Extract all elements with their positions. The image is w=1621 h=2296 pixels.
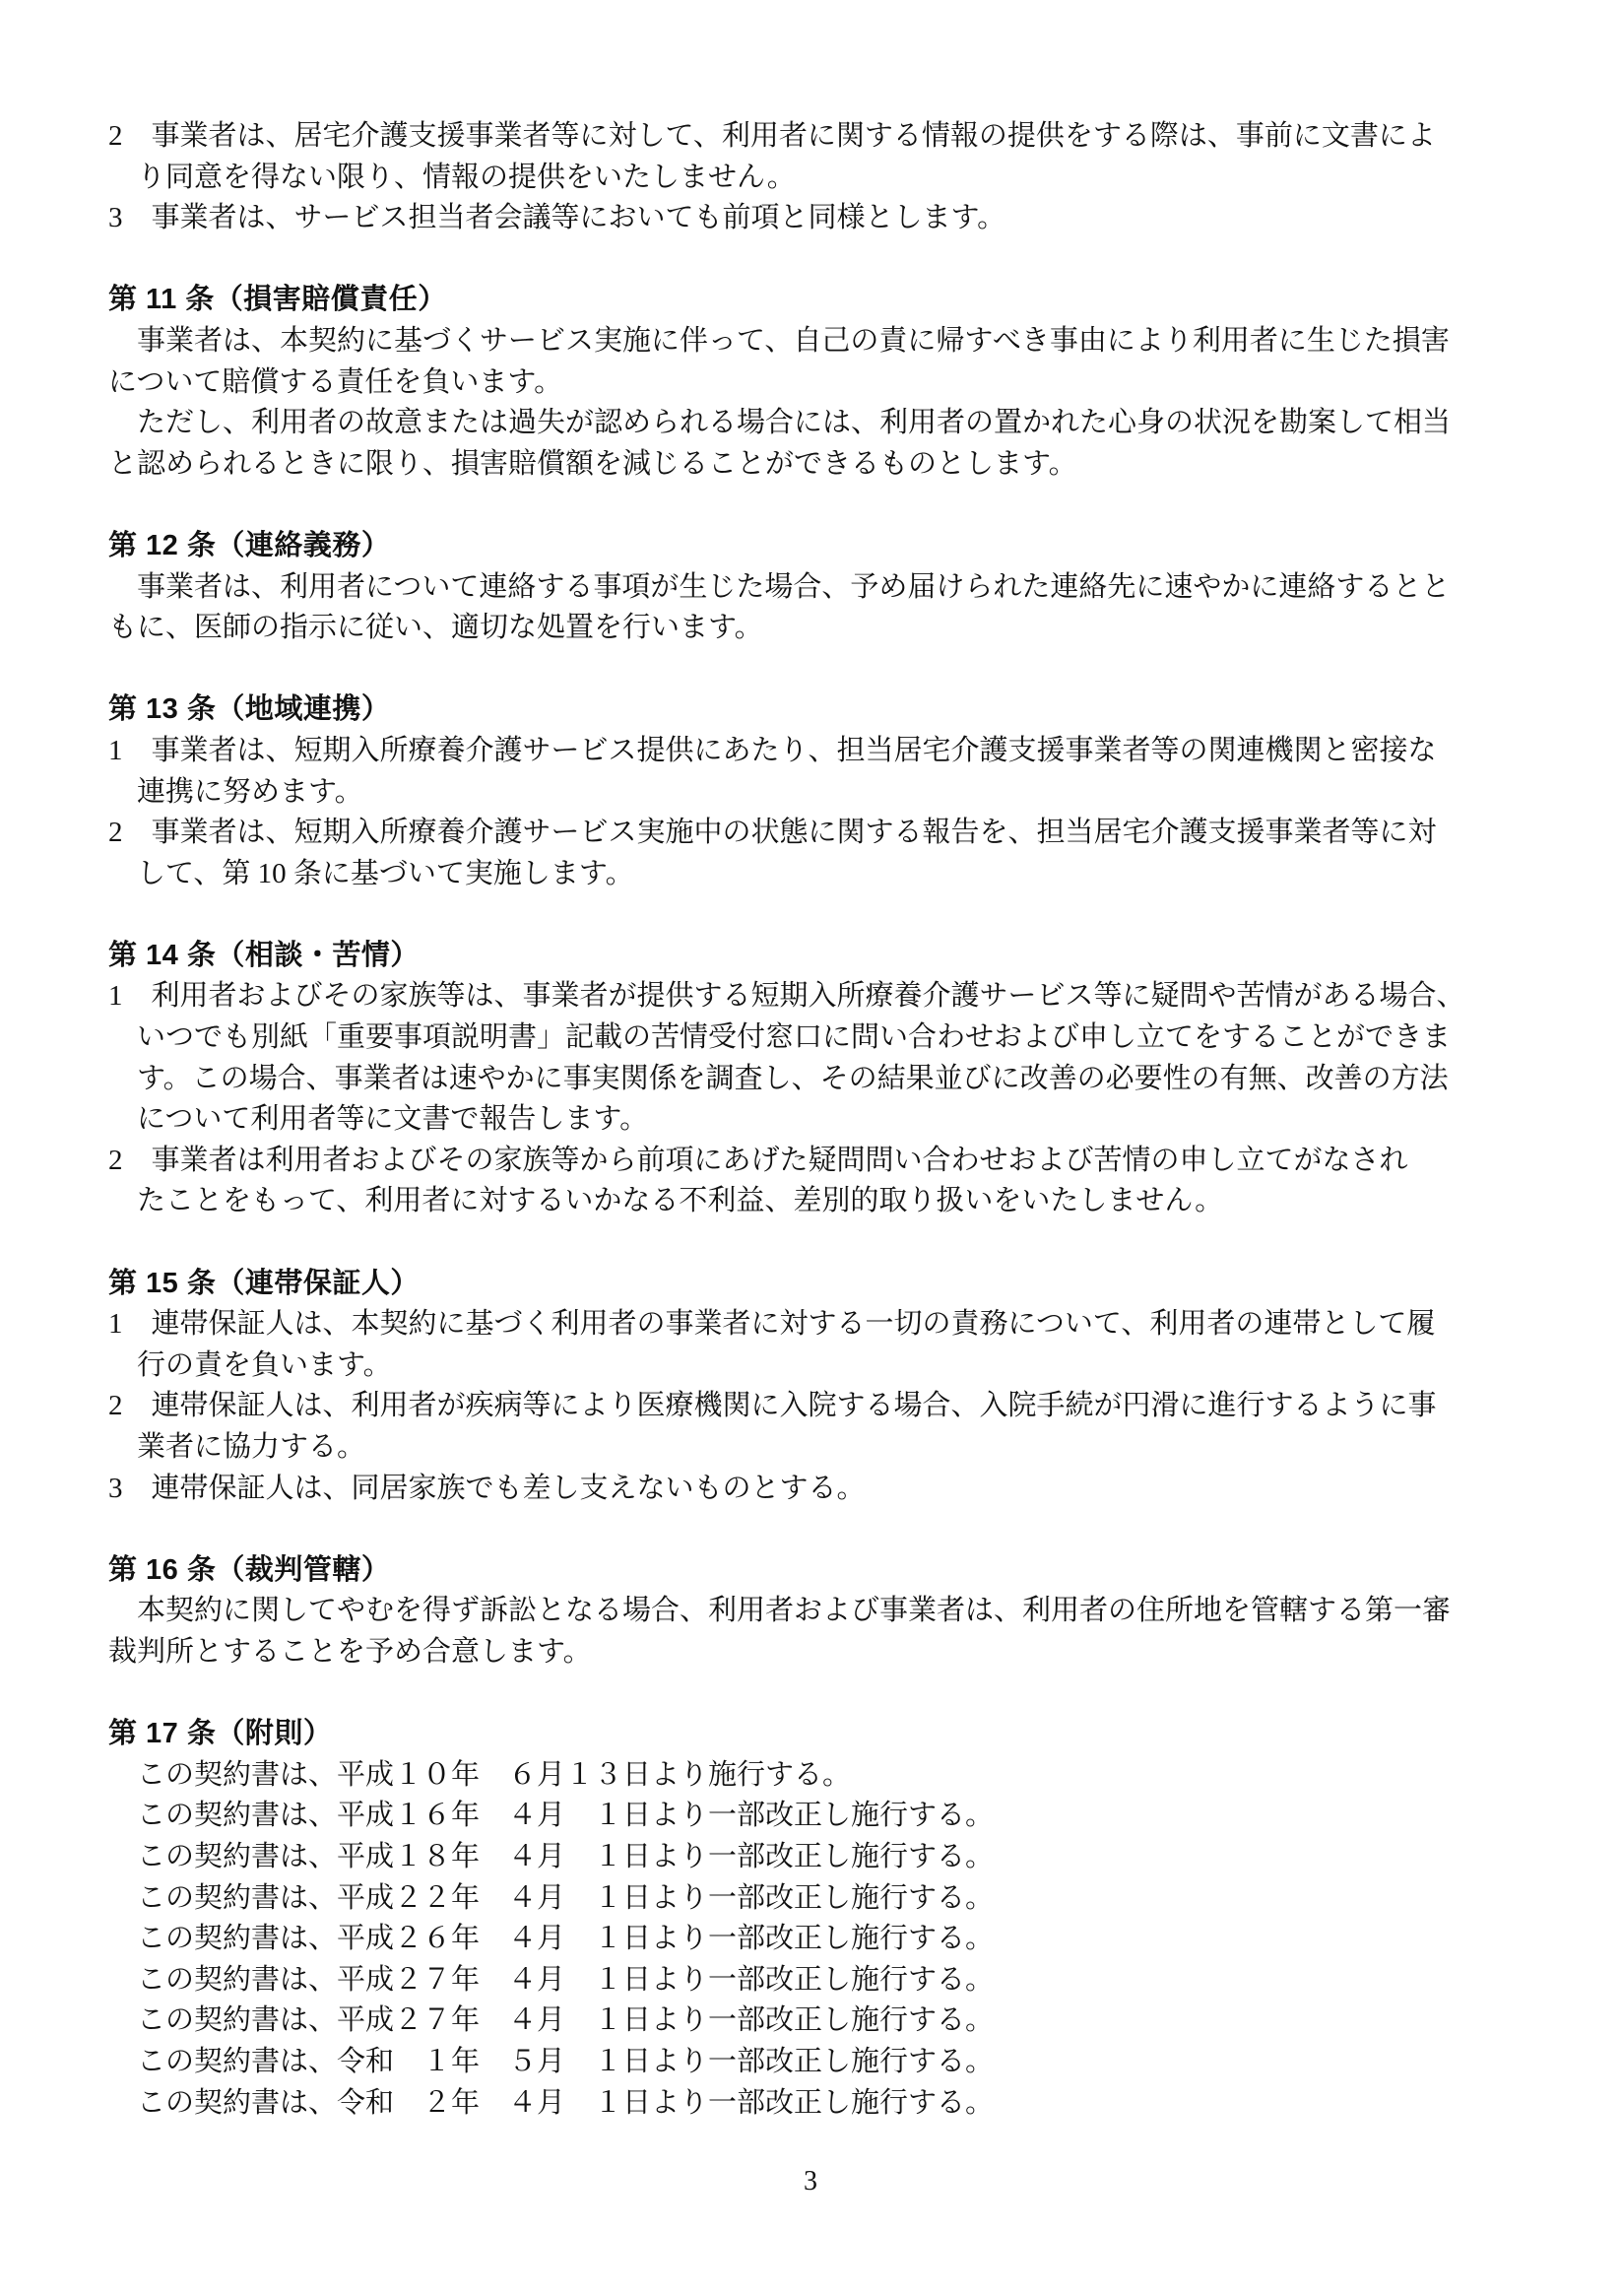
text-line: いつでも別紙「重要事項説明書」記載の苦情受付窓口に問い合わせおよび申し立てをする…	[108, 1017, 1517, 1059]
article-heading: 第 16 条（裁判管轄）	[108, 1550, 1517, 1592]
text-line: り同意を得ない限り、情報の提供をいたしません。	[108, 158, 1517, 199]
text-line: 連携に努めます。	[108, 772, 1517, 814]
blank-line	[108, 239, 1517, 281]
blank-line	[108, 1509, 1517, 1550]
article-heading: 第 14 条（相談・苦情）	[108, 936, 1517, 977]
text-line: 2 事業者は、短期入所療養介護サービス実施中の状態に関する報告を、担当居宅介護支…	[108, 813, 1517, 854]
article-heading: 第 11 条（損害賠償責任）	[108, 280, 1517, 321]
text-line: この契約書は、令和 ２年 ４月 １日より一部改正し施行する。	[108, 2083, 1517, 2125]
text-line: たことをもって、利用者に対するいかなる不利益、差別的取り扱いをいたしません。	[108, 1181, 1517, 1222]
text-line: この契約書は、令和 １年 ５月 １日より一部改正し施行する。	[108, 2042, 1517, 2083]
text-line: この契約書は、平成２６年 ４月 １日より一部改正し施行する。	[108, 1919, 1517, 1960]
text-line: もに、医師の指示に従い、適切な処置を行います。	[108, 608, 1517, 649]
blank-line	[108, 1222, 1517, 1264]
text-line: この契約書は、平成１８年 ４月 １日より一部改正し施行する。	[108, 1837, 1517, 1878]
text-line: して、第 10 条に基づいて実施します。	[108, 854, 1517, 895]
text-line: 3 事業者は、サービス担当者会議等においても前項と同様とします。	[108, 198, 1517, 239]
section-article-15: 第 15 条（連帯保証人） 1 連帯保証人は、本契約に基づく利用者の事業者に対す…	[108, 1264, 1517, 1510]
blank-line	[108, 1673, 1517, 1715]
blank-line	[108, 894, 1517, 936]
text-line: この契約書は、平成１６年 ４月 １日より一部改正し施行する。	[108, 1796, 1517, 1837]
text-line: と認められるときに限り、損害賠償額を減じることができるものとします。	[108, 444, 1517, 486]
text-line: について賠償する責任を負います。	[108, 362, 1517, 404]
article-heading: 第 17 条（附則）	[108, 1714, 1517, 1755]
text-line: 2 連帯保証人は、利用者が疾病等により医療機関に入院する場合、入院手続が円滑に進…	[108, 1386, 1517, 1427]
text-line: 業者に協力する。	[108, 1427, 1517, 1469]
section-continuation: 2 事業者は、居宅介護支援事業者等に対して、利用者に関する情報の提供をする際は、…	[108, 116, 1517, 239]
document-content: 2 事業者は、居宅介護支援事業者等に対して、利用者に関する情報の提供をする際は、…	[108, 116, 1517, 2124]
page-number: 3	[0, 2165, 1621, 2198]
text-line: 事業者は、本契約に基づくサービス実施に伴って、自己の責に帰すべき事由により利用者…	[108, 321, 1517, 362]
text-line: 1 事業者は、短期入所療養介護サービス提供にあたり、担当居宅介護支援事業者等の関…	[108, 731, 1517, 772]
article-heading: 第 13 条（地域連携）	[108, 689, 1517, 731]
contract-document-page: 2 事業者は、居宅介護支援事業者等に対して、利用者に関する情報の提供をする際は、…	[0, 0, 1621, 2296]
blank-line	[108, 649, 1517, 690]
text-line: ただし、利用者の故意または過失が認められる場合には、利用者の置かれた心身の状況を…	[108, 403, 1517, 444]
text-line: この契約書は、平成２７年 ４月 １日より一部改正し施行する。	[108, 1960, 1517, 2001]
text-line: す。この場合、事業者は速やかに事実関係を調査し、その結果並びに改善の必要性の有無…	[108, 1059, 1517, 1100]
text-line: 裁判所とすることを予め合意します。	[108, 1632, 1517, 1673]
text-line: この契約書は、平成２２年 ４月 １日より一部改正し施行する。	[108, 1878, 1517, 1920]
text-line: 2 事業者は利用者およびその家族等から前項にあげた疑問問い合わせおよび苦情の申し…	[108, 1141, 1517, 1182]
section-article-11: 第 11 条（損害賠償責任） 事業者は、本契約に基づくサービス実施に伴って、自己…	[108, 280, 1517, 485]
section-article-12: 第 12 条（連絡義務） 事業者は、利用者について連絡する事項が生じた場合、予め…	[108, 526, 1517, 649]
blank-line	[108, 485, 1517, 526]
text-line: 2 事業者は、居宅介護支援事業者等に対して、利用者に関する情報の提供をする際は、…	[108, 116, 1517, 158]
text-line: 3 連帯保証人は、同居家族でも差し支えないものとする。	[108, 1469, 1517, 1510]
text-line: について利用者等に文書で報告します。	[108, 1099, 1517, 1141]
text-line: 事業者は、利用者について連絡する事項が生じた場合、予め届けられた連絡先に速やかに…	[108, 567, 1517, 609]
text-line: 1 連帯保証人は、本契約に基づく利用者の事業者に対する一切の責務について、利用者…	[108, 1304, 1517, 1345]
text-line: 1 利用者およびその家族等は、事業者が提供する短期入所療養介護サービス等に疑問や…	[108, 976, 1517, 1017]
section-article-13: 第 13 条（地域連携） 1 事業者は、短期入所療養介護サービス提供にあたり、担…	[108, 689, 1517, 894]
text-line: 行の責を負います。	[108, 1345, 1517, 1387]
text-line: 本契約に関してやむを得ず訴訟となる場合、利用者および事業者は、利用者の住所地を管…	[108, 1591, 1517, 1632]
article-heading: 第 12 条（連絡義務）	[108, 526, 1517, 567]
section-article-16: 第 16 条（裁判管轄） 本契約に関してやむを得ず訴訟となる場合、利用者および事…	[108, 1550, 1517, 1673]
section-article-14: 第 14 条（相談・苦情） 1 利用者およびその家族等は、事業者が提供する短期入…	[108, 936, 1517, 1222]
section-article-17: 第 17 条（附則） この契約書は、平成１０年 ６月１３日より施行する。 この契…	[108, 1714, 1517, 2124]
article-heading: 第 15 条（連帯保証人）	[108, 1264, 1517, 1305]
text-line: この契約書は、平成１０年 ６月１３日より施行する。	[108, 1755, 1517, 1797]
text-line: この契約書は、平成２７年 ４月 １日より一部改正し施行する。	[108, 2001, 1517, 2042]
